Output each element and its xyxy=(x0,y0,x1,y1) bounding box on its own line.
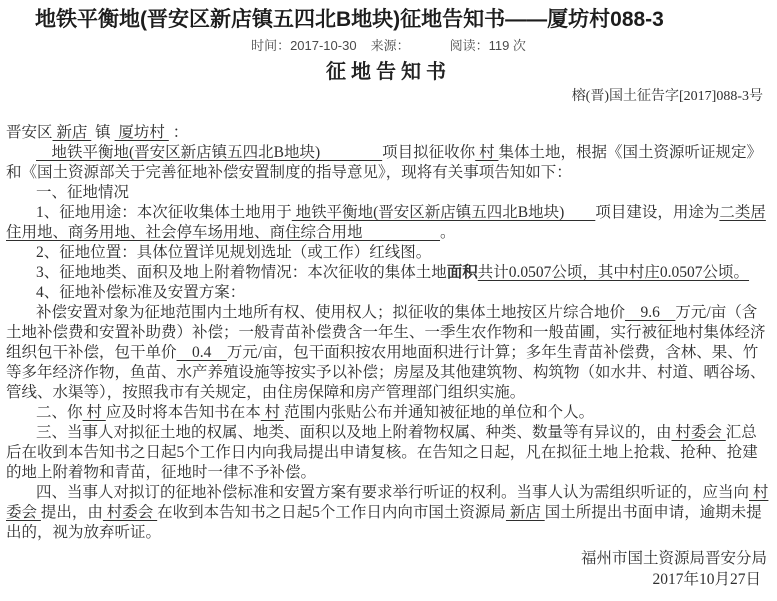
meta-view-count: 阅读：119 次 xyxy=(450,38,526,53)
text-segment: 项目拟征收你 xyxy=(382,144,475,161)
text-segment: 4、征地补偿标准及安置方案： xyxy=(36,284,245,301)
underlined-field: 村 xyxy=(83,404,106,421)
section-3: 三、当事人对拟征土地的权属、地类、面积以及地上附着物权属、种类、数量等有异议的，… xyxy=(6,423,771,483)
signature-block: 福州市国土资源局晋安分局 2017年10月27日 xyxy=(0,548,777,590)
underlined-field: 村 xyxy=(475,144,498,161)
text-segment: 1、征地用途：本次征收集体土地用于 xyxy=(36,204,292,221)
text-segment: 范围内张贴公布并通知被征地的单位和个人。 xyxy=(284,404,594,421)
document-reference-number: 榕(晋)国土征告字[2017]088-3号 xyxy=(0,84,777,105)
item-4-compensation-heading: 4、征地补偿标准及安置方案： xyxy=(6,283,771,303)
item-3-area: 3、征地地类、面积及地上附着物情况：本次征收的集体土地面积共计0.0507公顷，… xyxy=(6,263,771,283)
text-segment: 晋安区 xyxy=(6,124,53,141)
section-4: 四、当事人对拟订的征地补偿标准和安置方案有要求举行听证的权利。当事人认为需组织听… xyxy=(6,483,771,543)
underlined-field: 新店 xyxy=(506,504,545,521)
document-body: 晋安区 新店 镇 厦坊村 ： 地铁平衡地(晋安区新店镇五四北B地块) 项目拟征收… xyxy=(0,105,777,543)
document-title: 征地告知书 xyxy=(0,54,777,84)
salutation: 晋安区 新店 镇 厦坊村 ： xyxy=(6,123,771,143)
underlined-field: 新店 xyxy=(53,124,92,141)
section-2: 二、你 村 应及时将本告知书在本 村 范围内张贴公布并通知被征地的单位和个人。 xyxy=(6,403,771,423)
meta-publish-time: 时间：2017-10-30 xyxy=(251,38,357,53)
text-segment: 一、征地情况 xyxy=(36,184,129,201)
text-segment: 。 xyxy=(440,224,456,241)
notice-page: 地铁平衡地(晋安区新店镇五四北B地块)征地告知书——厦坊村088-3 时间：20… xyxy=(0,0,777,601)
underlined-field: 村委会 xyxy=(672,424,726,441)
compensation-details: 补偿安置对象为征地范围内土地所有权、使用权人；拟征收的集体土地按区片综合地价 9… xyxy=(6,303,771,403)
meta-source: 来源： xyxy=(371,38,410,53)
underlined-field: 9.6 xyxy=(625,304,675,321)
item-1-land-use: 1、征地用途：本次征收集体土地用于 地铁平衡地(晋安区新店镇五四北B地块) 项目… xyxy=(6,203,771,243)
text-segment: 镇 xyxy=(91,124,114,141)
underlined-field: 0.4 xyxy=(177,344,227,361)
signature-organization: 福州市国土资源局晋安分局 xyxy=(0,548,777,569)
text-segment: 补偿安置对象为征地范围内土地所有权、使用权人；拟征收的集体土地按区片综合地价 xyxy=(36,304,625,321)
text-segment: 应及时将本告知书在本 xyxy=(106,404,261,421)
text-segment: 3、征地地类、面积及地上附着物情况：本次征收的集体土地 xyxy=(36,264,447,281)
underlined-field: 村 xyxy=(261,404,284,421)
text-segment: 面积 xyxy=(447,264,478,281)
underlined-field: 地铁平衡地(晋安区新店镇五四北B地块) xyxy=(36,144,382,161)
article-meta: 时间：2017-10-30来源：阅读：119 次 xyxy=(0,32,777,54)
text-segment: 项目建设，用途为 xyxy=(595,204,719,221)
text-segment: 2、征地位置：具体位置详见规划选址（或工作）红线图。 xyxy=(36,244,431,261)
signature-date: 2017年10月27日 xyxy=(0,569,777,590)
item-2-location: 2、征地位置：具体位置详见规划选址（或工作）红线图。 xyxy=(6,243,771,263)
text-segment: ： xyxy=(169,124,188,141)
text-segment: 四、当事人对拟订的征地补偿标准和安置方案有要求举行听证的权利。当事人认为需组织听… xyxy=(36,484,749,501)
text-segment: 在收到本告知书之日起5个工作日内向市国土资源局 xyxy=(157,504,506,521)
underlined-field: 地铁平衡地(晋安区新店镇五四北B地块) xyxy=(292,204,596,221)
section-1-heading: 一、征地情况 xyxy=(6,183,771,203)
underlined-field: 村委会 xyxy=(103,504,157,521)
text-segment: 提出，由 xyxy=(41,504,103,521)
text-segment: 三、当事人对拟征土地的权属、地类、面积以及地上附着物权属、种类、数量等有异议的，… xyxy=(36,424,672,441)
text-segment: 二、你 xyxy=(36,404,83,421)
underlined-field: 共计0.0507公顷，其中村庄0.0507公顷。 xyxy=(478,264,749,281)
page-title: 地铁平衡地(晋安区新店镇五四北B地块)征地告知书——厦坊村088-3 xyxy=(0,0,777,32)
intro-paragraph: 地铁平衡地(晋安区新店镇五四北B地块) 项目拟征收你 村 集体土地，根据《国土资… xyxy=(6,143,771,183)
underlined-field: 厦坊村 xyxy=(115,124,169,141)
